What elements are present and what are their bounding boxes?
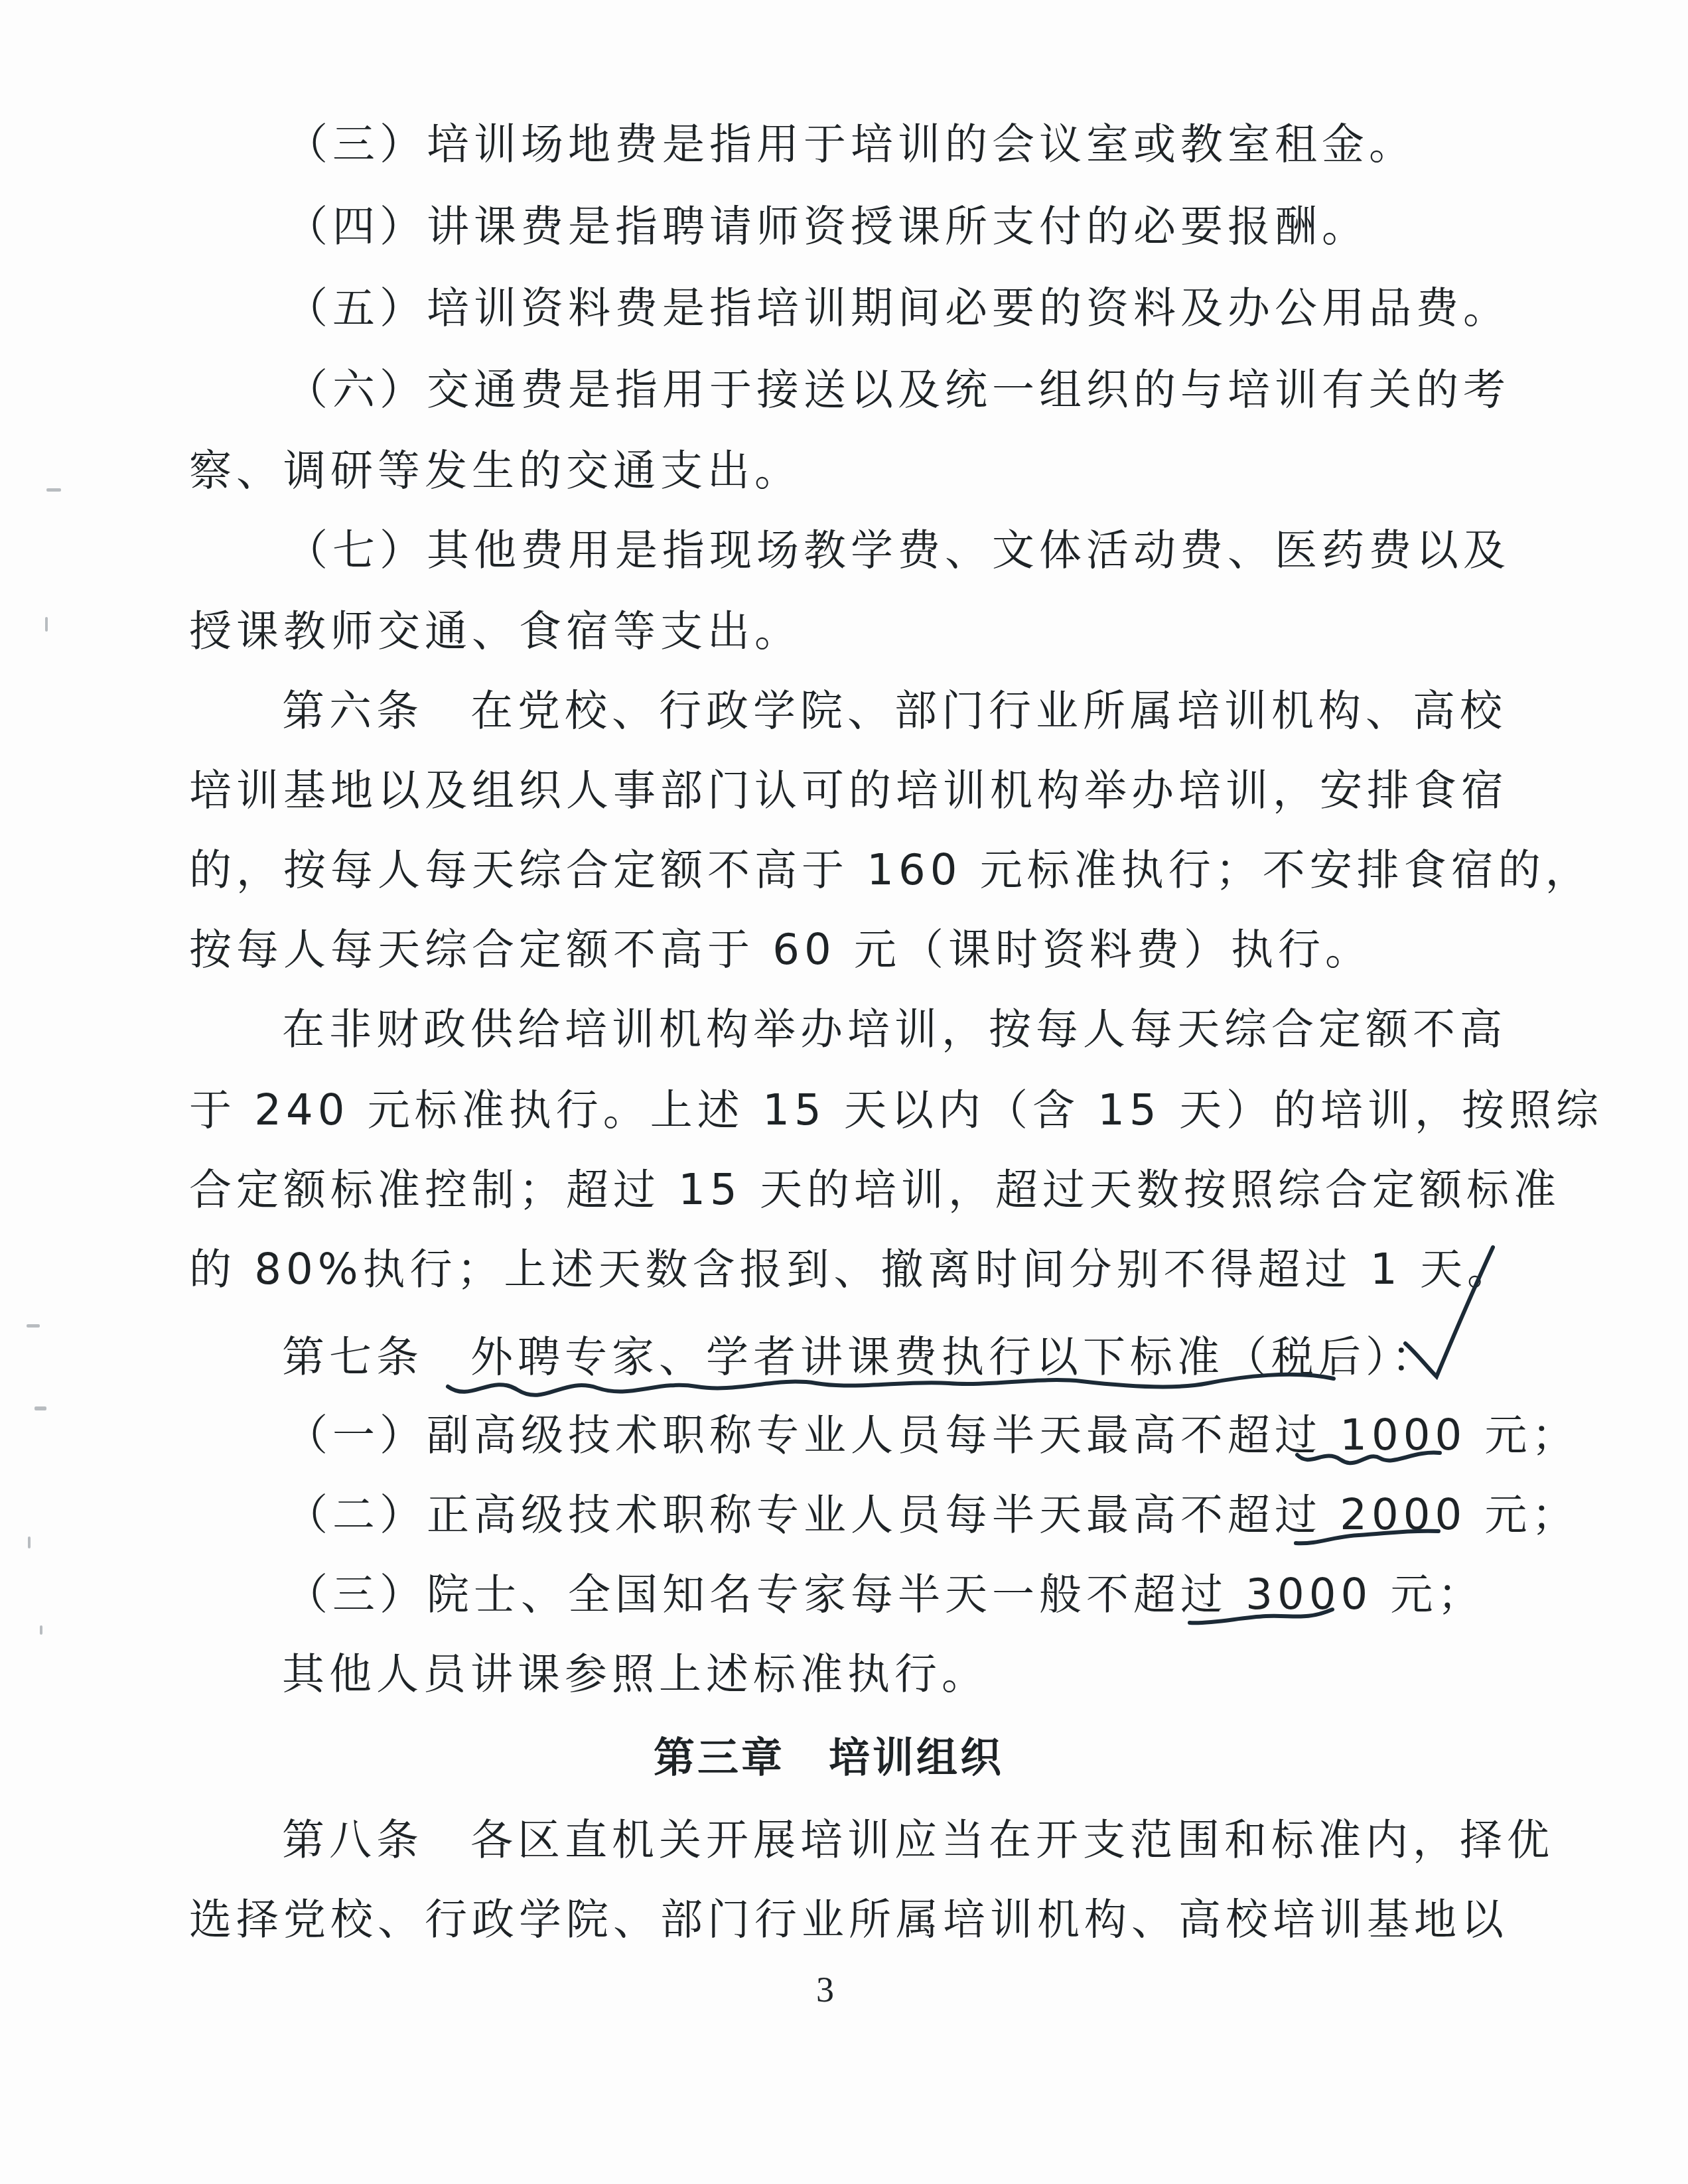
scan-artifact bbox=[27, 1324, 40, 1328]
scan-artifact bbox=[40, 1625, 42, 1635]
paragraph-line: （三）培训场地费是指用于培训的会议室或教室租金。 bbox=[285, 118, 1416, 171]
page-number: 3 bbox=[816, 1969, 834, 2010]
paragraph-line: （四）讲课费是指聘请师资授课所支付的必要报酬。 bbox=[285, 200, 1369, 253]
paragraph-line: 合定额标准控制；超过 15 天的培训，超过天数按照综合定额标准 bbox=[189, 1164, 1561, 1217]
handwritten-underline-icon bbox=[445, 1367, 1360, 1406]
article-6-line: 第六条 在党校、行政学院、部门行业所属培训机构、高校 bbox=[282, 685, 1507, 738]
paragraph-line: 按每人每天综合定额不高于 60 元（课时资料费）执行。 bbox=[189, 923, 1372, 977]
paragraph-line: 授课教师交通、食宿等支出。 bbox=[189, 605, 802, 658]
paragraph-line: 选择党校、行政学院、部门行业所属培训机构、高校培训基地以 bbox=[189, 1893, 1508, 1946]
paragraph-line: 察、调研等发生的交通支出。 bbox=[189, 444, 802, 498]
paragraph-line: 于 240 元标准执行。上述 15 天以内（含 15 天）的培训，按照综 bbox=[189, 1084, 1603, 1137]
paragraph-line: 在非财政供给培训机构举办培训，按每人每天综合定额不高 bbox=[282, 1003, 1507, 1056]
paragraph-line: 培训基地以及组织人事部门认可的培训机构举办培训，安排食宿 bbox=[189, 764, 1508, 817]
scan-artifact bbox=[46, 488, 61, 492]
scan-artifact bbox=[28, 1536, 31, 1548]
chapter-heading: 第三章 培训组织 bbox=[654, 1732, 1004, 1785]
paragraph-line: （五）培训资料费是指培训期间必要的资料及办公用品费。 bbox=[285, 282, 1510, 335]
paragraph-line: （六）交通费是指用于接送以及统一组织的与培训有关的考 bbox=[285, 364, 1510, 417]
handwritten-underline-icon bbox=[1294, 1445, 1446, 1471]
checkmark-icon bbox=[1400, 1244, 1500, 1397]
handwritten-underline-icon bbox=[1186, 1604, 1346, 1631]
paragraph-line: 的 80%执行；上述天数含报到、撤离时间分别不得超过 1 天。 bbox=[189, 1243, 1514, 1296]
paragraph-line: 其他人员讲课参照上述标准执行。 bbox=[282, 1648, 989, 1701]
paragraph-line: （七）其他费用是指现场教学费、文体活动费、医药费以及 bbox=[285, 524, 1510, 577]
scan-artifact bbox=[45, 617, 48, 632]
scan-artifact bbox=[35, 1406, 46, 1410]
article-8-line: 第八条 各区直机关开展培训应当在开支范围和标准内，择优 bbox=[282, 1814, 1554, 1867]
document-page: （三）培训场地费是指用于培训的会议室或教室租金。 （四）讲课费是指聘请师资授课所… bbox=[0, 0, 1688, 2184]
paragraph-line: 的，按每人每天综合定额不高于 160 元标准执行；不安排食宿的， bbox=[189, 844, 1592, 897]
handwritten-underline-icon bbox=[1293, 1525, 1445, 1551]
